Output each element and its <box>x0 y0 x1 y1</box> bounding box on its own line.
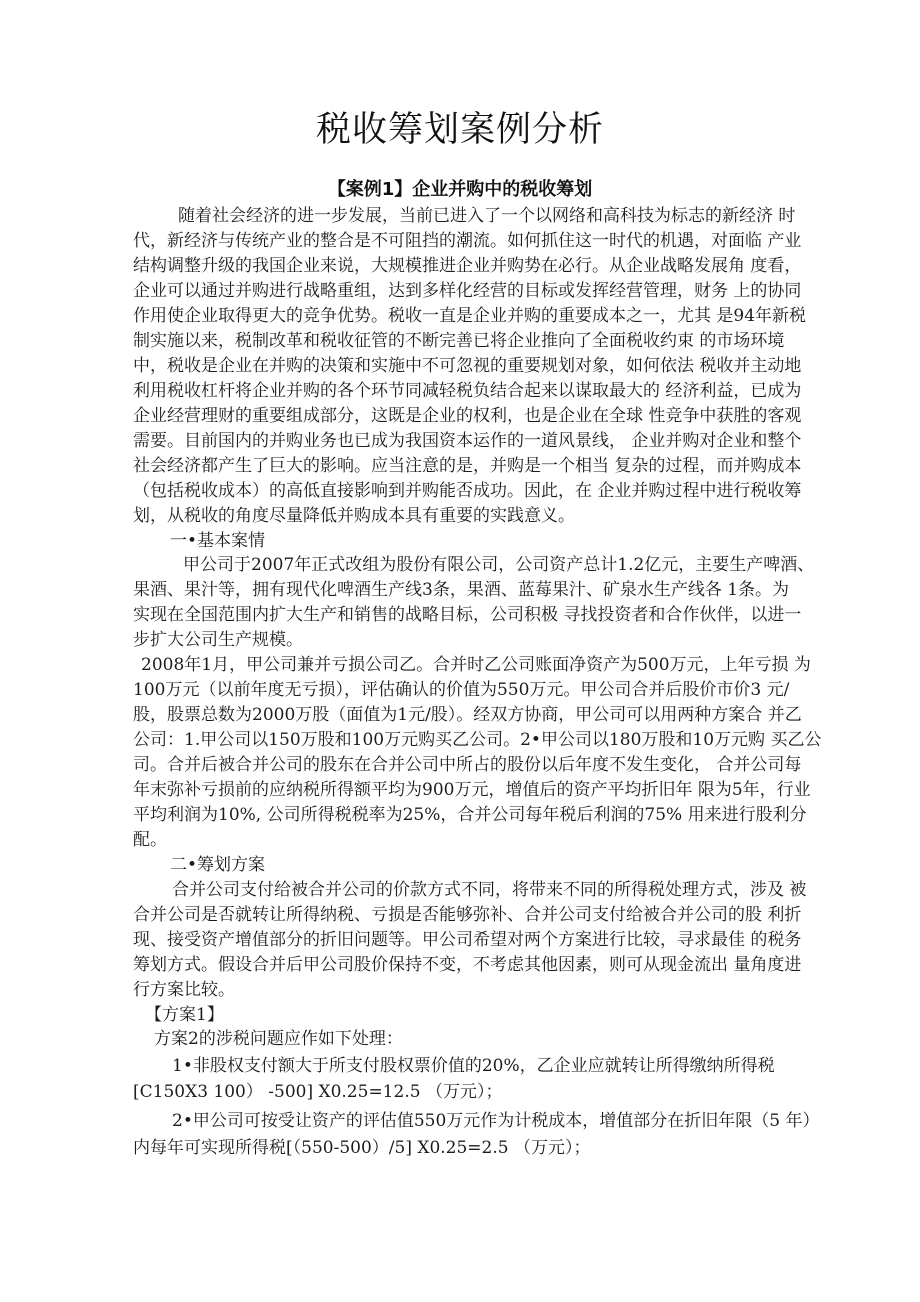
body-text-line: 结构调整升级的我国企业来说，大规模推进企业并购势在必行。从企业战略发展角 度看， <box>133 254 801 278</box>
body-text-line: 企业可以通过并购进行战略重组，达到多样化经营的目标或发挥经营管理，财务 上的协同 <box>133 279 801 303</box>
body-text-line: 步扩大公司生产规模。 <box>133 628 303 652</box>
body-text-line: 方案2的涉税问题应作如下处理： <box>154 1027 403 1051</box>
body-text-line: 果酒、果汁等，拥有现代化啤酒生产线3条，果酒、蓝莓果汁、矿泉水生产线各 1条。为 <box>133 578 789 602</box>
case-heading: 【案例1】企业并购中的税收筹划 <box>0 177 920 203</box>
body-text-line: 利用税收杠杆将企业并购的各个环节同减轻税负结合起来以谋取最大的 经济利益，已成为 <box>133 379 801 403</box>
body-text-line: 2008年1月，甲公司兼并亏损公司乙。合并时乙公司账面净资产为500万元，上年亏… <box>141 653 811 677</box>
body-text-line: 甲公司于2007年正式改组为股份有限公司，公司资产总计1.2亿元，主要生产啤酒、 <box>183 553 814 577</box>
body-text-line: 二•筹划方案 <box>170 853 265 877</box>
body-text-line: 合并公司支付给被合并公司的价款方式不同，将带来不同的所得税处理方式，涉及 被 <box>172 878 806 902</box>
body-text-line: 划，从税收的角度尽量降低并购成本具有重要的实践意义。 <box>133 504 575 528</box>
body-text-line: 2•甲公司可按受让资产的评估值550万元作为计税成本，增值部分在折旧年限（5 年… <box>172 1109 820 1133</box>
document-page: 税收筹划案例分析 【案例1】企业并购中的税收筹划 随着社会经济的进一步发展，当前… <box>0 0 920 1302</box>
body-text-line: 年末弥补亏损前的应纳税所得额平均为900万元，增值后的资产平均折旧年 限为5年，… <box>133 778 811 802</box>
body-text-line: 现、接受资产增值部分的折旧问题等。甲公司希望对两个方案进行比较，寻求最佳 的税务 <box>133 928 801 952</box>
body-text-line: 一•基本案情 <box>170 529 265 553</box>
body-text-line: 作用使企业取得更大的竞争优势。税收一直是企业并购的重要成本之一，尤其 是94年新… <box>133 304 806 328</box>
body-text-line: 合并公司是否就转让所得纳税、亏损是否能够弥补、合并公司支付给被合并公司的股 利折 <box>133 903 801 927</box>
body-text-line: 行方案比较。 <box>133 978 235 1002</box>
body-text-line: 社会经济都产生了巨大的影响。应当注意的是，并购是一个相当 复杂的过程，而并购成本 <box>133 454 801 478</box>
body-text-line: 内每年可实现所得税[（550-500）/5] X0.25=2.5 （万元）； <box>133 1136 591 1160</box>
body-text-line: [C150X3 100） -500] X0.25=12.5 （万元）； <box>133 1080 502 1104</box>
body-text-line: 制实施以来，税制改革和税收征管的不断完善已将企业推向了全面税收约束 的市场环境 <box>133 329 784 353</box>
document-title: 税收筹划案例分析 <box>0 107 920 153</box>
body-text-line: 企业经营理财的重要组成部分，这既是企业的权利，也是企业在全球 性竞争中获胜的客观 <box>133 404 801 428</box>
body-text-line: 【方案1】 <box>145 1003 224 1027</box>
body-text-line: 平均利润为10%, 公司所得税税率为25%，合并公司每年税后利润的75% 用来进… <box>133 803 807 827</box>
body-text-line: 1•非股权支付额大于所支付股权票价值的20%，乙企业应就转让所得缴纳所得税 <box>172 1054 775 1078</box>
body-text-line: 司。合并后被合并公司的股东在合并公司中所占的股份以后年度不发生变化， 合并公司每 <box>133 753 801 777</box>
body-text-line: 需要。目前国内的并购业务也已成为我国资本运作的一道风景线， 企业并购对企业和整个 <box>133 429 801 453</box>
body-text-line: 实现在全国范围内扩大生产和销售的战略目标，公司积极 寻找投资者和合作伙伴，以进一 <box>133 603 801 627</box>
body-text-line: 代，新经济与传统产业的整合是不可阻挡的潮流。如何抓住这一时代的机遇，对面临 产业 <box>133 229 801 253</box>
body-text-line: 100万元（以前年度无亏损），评估确认的价值为550万元。甲公司合并后股价市价3… <box>133 678 789 702</box>
body-text-line: 中，税收是企业在并购的决策和实施中不可忽视的重要规划对象，如何依法 税收并主动地 <box>133 354 801 378</box>
body-text-line: （包括税收成本）的高低直接影响到并购能否成功。因此，在 企业并购过程中进行税收筹 <box>133 479 801 503</box>
body-text-line: 筹划方式。假设合并后甲公司股价保持不变，不考虑其他因素，则可从现金流出 量角度进 <box>133 953 801 977</box>
body-text-line: 股，股票总数为2000万股（面值为1元/股）。经双方协商，甲公司可以用两种方案合… <box>133 703 802 727</box>
body-text-line: 配。 <box>133 828 167 852</box>
body-text-line: 公司：1.甲公司以150万股和100万元购买乙公司。2•甲公司以180万股和10… <box>133 728 821 752</box>
body-text-line: 随着社会经济的进一步发展，当前已进入了一个以网络和高科技为标志的新经济 时 <box>178 204 795 228</box>
